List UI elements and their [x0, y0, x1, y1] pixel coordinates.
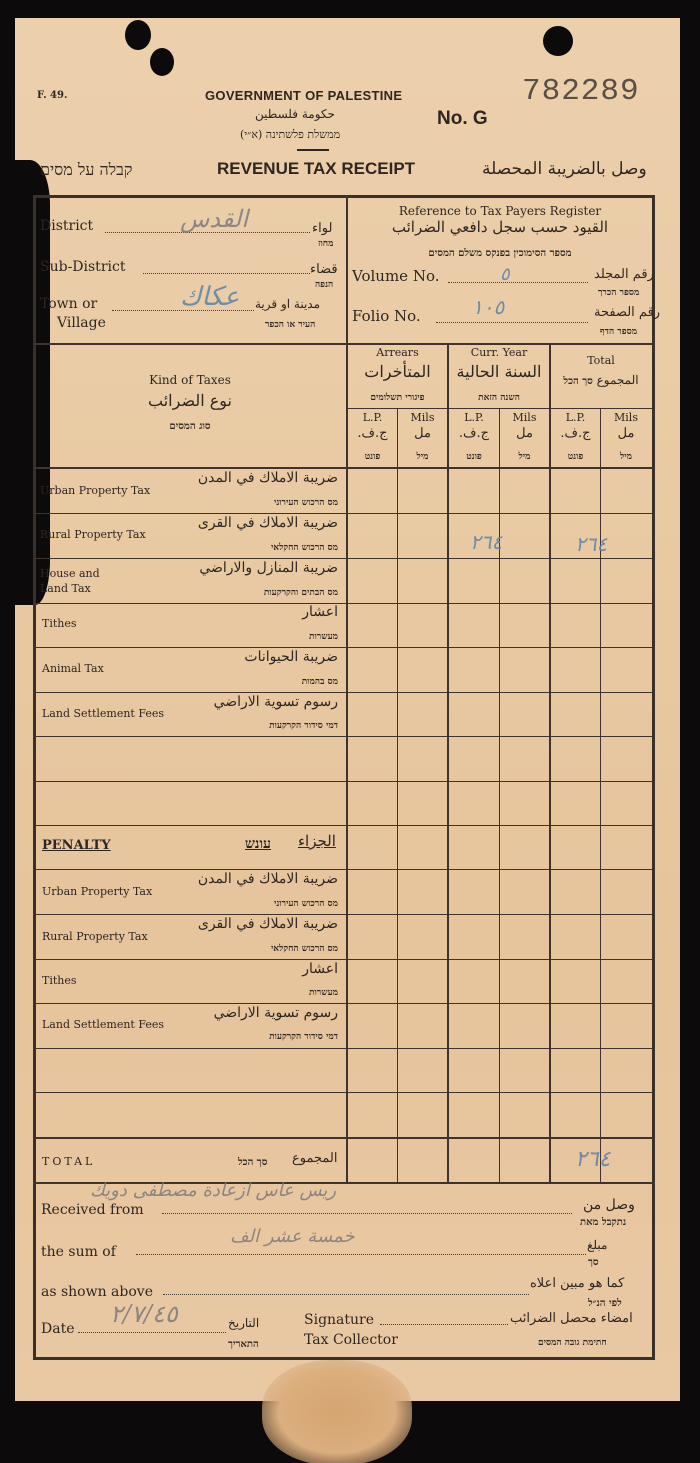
row-line	[33, 869, 652, 870]
shown-above-label-ar: كما هو مبين اعلاه	[530, 1276, 624, 1291]
mils-header: Mils	[500, 411, 549, 424]
mils-header-he: מיל	[398, 451, 447, 462]
folio-label-he: מספר הדף	[600, 326, 637, 337]
row-line	[33, 692, 652, 693]
kind-header-ar: نوع الضرائب	[35, 391, 345, 410]
date-label-ar: التاريخ	[228, 1316, 259, 1330]
volume-label-he: מספר הכרך	[598, 287, 639, 298]
col-line	[549, 343, 551, 1182]
tax-row-label-he: מס בהמות	[302, 676, 338, 687]
lp-header: L.P.	[449, 411, 499, 424]
curr-year-header-ar: السنة الحالية	[449, 362, 549, 381]
penalty-row-label-ar: ضريبة الاملاك في المدن	[198, 871, 338, 887]
sum-of-label-ar: مبلغ	[587, 1238, 607, 1252]
receipt-title-ar: وصل بالضريبة المحصلة	[482, 159, 647, 179]
received-from-field[interactable]	[162, 1213, 572, 1214]
signature-label: Signature	[304, 1312, 374, 1328]
row-line	[33, 825, 652, 826]
sub-district-label-ar: قضاء	[310, 262, 338, 277]
district-label-he: מחוז	[318, 238, 333, 249]
sum-of-label-he: סך	[588, 1257, 599, 1268]
signature-label-ar: امضاء محصل الضرائب	[510, 1311, 633, 1326]
village-label: Village	[57, 315, 106, 331]
punch-hole	[150, 48, 174, 76]
lp-header-ar: ج.ف.	[348, 426, 397, 441]
sub-district-field[interactable]	[143, 273, 310, 274]
tax-row-label: Rural Property Tax	[40, 528, 146, 541]
tax-row-label-ar: ضريبة المنازل والاراضي	[199, 560, 338, 576]
sum-of-value: خمسة عشر الف	[230, 1226, 355, 1247]
town-value: عكاك	[180, 282, 239, 312]
row-line	[33, 781, 652, 782]
penalty-label: PENALTY	[42, 838, 111, 853]
tax-row-label-ar: ضريبة الحيوانات	[244, 649, 338, 665]
tax-row-label-he: מס הרכוש החקלאי	[271, 542, 338, 553]
row-line	[33, 914, 652, 915]
tax-row-label-ar: اعشار	[302, 604, 338, 620]
total-header-ar: المجموع	[597, 373, 639, 387]
penalty-label-he: עונש	[245, 836, 271, 853]
divider	[33, 343, 655, 345]
mils-header-he: מיל	[601, 451, 651, 462]
divider	[33, 467, 655, 469]
total-header-he: סך הכל	[563, 376, 592, 387]
tax-row-label: Urban Property Tax	[40, 484, 150, 497]
district-label: District	[40, 218, 93, 234]
government-title-he: ממשלת פלשתינה (א״י)	[240, 128, 340, 141]
tax-row-label: Animal Tax	[42, 662, 104, 675]
total-label-he: סך הכל	[238, 1157, 267, 1168]
volume-label-ar: رقم المجلد	[594, 267, 654, 282]
government-title-en: GOVERNMENT OF PALESTINE	[205, 88, 402, 103]
divider	[346, 195, 348, 343]
water-stain	[262, 1360, 412, 1463]
tax-row-label: House and Land Tax	[40, 566, 125, 596]
penalty-row-label: Urban Property Tax	[42, 885, 152, 898]
date-label: Date	[41, 1321, 74, 1337]
tax-row-label: Tithes	[42, 617, 77, 630]
total-header-ar-he: المجموع סך הכל	[551, 373, 651, 387]
lp-header-ar: ج.ف.	[551, 426, 600, 441]
row-line	[33, 1048, 652, 1049]
row-line	[33, 558, 652, 559]
series-label: No. G	[437, 108, 488, 130]
date-label-he: התאריך	[228, 1339, 259, 1350]
sub-district-label-he: הנפה	[315, 279, 333, 290]
tax-row-label-ar: ضريبة الاملاك في القرى	[198, 515, 338, 531]
serial-number: 782289	[522, 74, 640, 109]
volume-label: Volume No.	[352, 267, 439, 285]
total-label-ar: المجموع	[292, 1151, 337, 1166]
town-label-he: העיר או הכפר	[265, 319, 315, 330]
punch-hole	[125, 20, 151, 50]
penalty-row-label-ar: رسوم تسوية الاراضي	[214, 1005, 338, 1021]
receipt-title-he: קבלה על מסים	[40, 160, 132, 180]
shown-above-label: as shown above	[41, 1284, 153, 1300]
penalty-row-label: Tithes	[42, 974, 77, 987]
punch-hole	[543, 26, 573, 56]
arrears-header-ar: المتأخرات	[348, 362, 447, 381]
sub-district-label: Sub-District	[40, 259, 125, 275]
curr-year-header-en: Curr. Year	[449, 346, 549, 359]
mils-header: Mils	[398, 411, 447, 424]
signature-label-he: חתימת גובה המסים	[538, 1337, 607, 1348]
shown-above-field[interactable]	[163, 1294, 529, 1295]
tax-row-label-he: דמי סידור הקרקעות	[269, 720, 338, 731]
tax-row-label-he: מעשרות	[309, 631, 338, 642]
kind-header-en: Kind of Taxes	[35, 373, 345, 387]
divider	[33, 1137, 655, 1139]
folio-label-ar: رقم الصفحة	[594, 305, 660, 320]
register-title-en: Reference to Tax Payers Register	[350, 204, 650, 218]
mils-header: Mils	[601, 411, 651, 424]
lp-header-ar: ج.ف.	[449, 426, 499, 441]
row-line	[33, 1003, 652, 1004]
lp-header: L.P.	[348, 411, 397, 424]
mils-header-ar: مل	[500, 426, 549, 441]
penalty-row-label-he: מס הרכוש העירוני	[274, 898, 338, 909]
folio-label: Folio No.	[352, 307, 421, 325]
row-line	[33, 1092, 652, 1093]
received-from-label-he: נתקבל מאת	[580, 1217, 626, 1228]
sum-of-label: the sum of	[41, 1244, 116, 1260]
receipt-title-en: REVENUE TAX RECEIPT	[217, 159, 415, 179]
district-label-ar: لواء	[312, 221, 332, 236]
row-line	[33, 736, 652, 737]
row-line	[33, 959, 652, 960]
col-line	[397, 408, 398, 1182]
mils-header-ar: مل	[601, 426, 651, 441]
kind-header-he: סוג המסים	[35, 421, 345, 432]
form-number: F. 49.	[37, 90, 67, 101]
lp-header-he: פונט	[348, 451, 397, 462]
lp-header-he: פונט	[551, 451, 600, 462]
arrears-header-en: Arrears	[348, 346, 447, 359]
received-from-label-ar: وصل من	[583, 1197, 635, 1213]
tax-row-label-ar: رسوم تسوية الاراضي	[214, 694, 338, 710]
register-title-ar: القيود حسب سجل دافعي الضرائب	[350, 218, 650, 236]
town-label: Town or	[40, 296, 97, 312]
arrears-header-he: פיגורי תשלומים	[348, 392, 447, 403]
folio-field[interactable]	[436, 322, 588, 323]
sum-of-field[interactable]	[136, 1254, 586, 1255]
row-line	[33, 603, 652, 604]
date-field[interactable]	[78, 1332, 226, 1333]
curr-year-header-he: השנה הזאת	[449, 392, 549, 403]
volume-value: ٥	[500, 264, 510, 285]
received-from-label: Received from	[41, 1202, 144, 1218]
mils-header-ar: مل	[398, 426, 447, 441]
row-line	[33, 513, 652, 514]
tax-collector-label: Tax Collector	[304, 1332, 398, 1348]
signature-field[interactable]	[380, 1324, 508, 1325]
tax-row-label-he: מס הרכוש העירוני	[274, 497, 338, 508]
date-value: ٢/٧/٤٥	[110, 1300, 178, 1328]
col-line	[499, 408, 500, 1182]
town-label-ar: مدينة او قرية	[255, 297, 320, 311]
col-line	[600, 408, 601, 1182]
mils-header-he: מיל	[500, 451, 549, 462]
col-line	[346, 343, 348, 1182]
penalty-row-label: Land Settlement Fees	[42, 1018, 164, 1031]
penalty-row-label-he: מס הרכוש החקלאי	[271, 943, 338, 954]
tax-row-label: Land Settlement Fees	[42, 707, 164, 720]
penalty-label-ar: الجزاء	[298, 832, 336, 850]
total-lp-value: ٢٦٤	[575, 1147, 610, 1172]
received-from-value: ريس عاس ازعادة مصطفى دويك	[90, 1180, 336, 1201]
penalty-row-label-he: דמי סידור הקרקעות	[269, 1031, 338, 1042]
register-title-he: מספר הסימוכין בפנקס משלם המסים	[350, 248, 650, 259]
header-divider	[297, 149, 329, 151]
folio-value: ١٠٥	[472, 295, 504, 319]
district-value: القدس	[180, 205, 248, 233]
total-label: TOTAL	[42, 1155, 95, 1168]
curr-year-lp-value: ٢٦٤	[470, 530, 502, 554]
lp-header: L.P.	[551, 411, 600, 424]
volume-field[interactable]	[448, 282, 588, 283]
tax-row-label-he: מס הבתים והקרקעות	[264, 587, 338, 598]
lp-header-he: פונט	[449, 451, 499, 462]
total-lp-value: ٢٦٤	[575, 532, 607, 556]
penalty-row-label-he: מעשרות	[309, 987, 338, 998]
government-title-ar: حكومة فلسطين	[255, 107, 335, 121]
row-line	[33, 647, 652, 648]
penalty-row-label-ar: اعشار	[302, 961, 338, 977]
tax-row-label-ar: ضريبة الاملاك في المدن	[198, 470, 338, 486]
shown-above-label-he: לפי הנ״ל	[588, 1298, 622, 1309]
total-header-en: Total	[551, 354, 651, 367]
penalty-row-label-ar: ضريبة الاملاك في القرى	[198, 916, 338, 932]
col-line	[447, 343, 449, 1182]
penalty-row-label: Rural Property Tax	[42, 930, 148, 943]
